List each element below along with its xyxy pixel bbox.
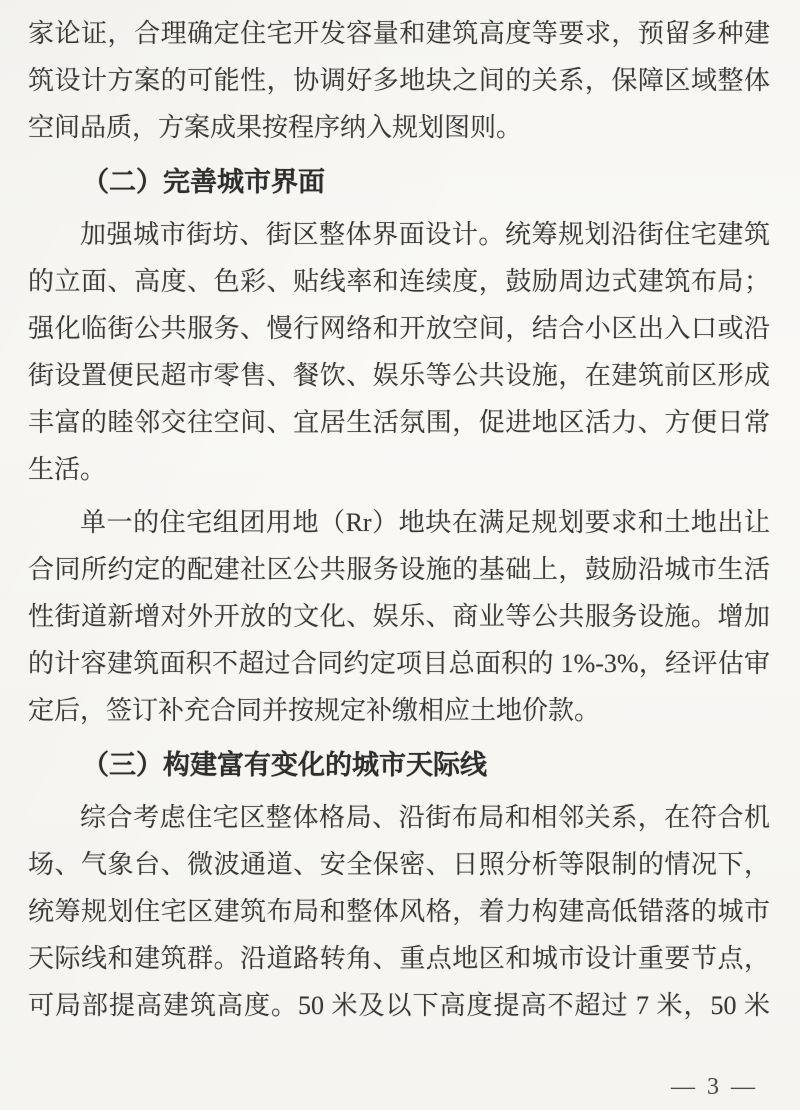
text-line: 可局部提高建筑高度。50 米及以下高度提高不超过 7 米，50 米 bbox=[28, 982, 770, 1029]
section-heading-ii: （二）完善城市界面 bbox=[28, 157, 770, 207]
text-line: 加强城市街坊、街区整体界面设计。统筹规划沿街住宅建筑 bbox=[28, 211, 770, 258]
text-line: 的立面、高度、色彩、贴线率和连续度，鼓励周边式建筑布局； bbox=[28, 258, 770, 305]
text-line: 家论证，合理确定住宅开发容量和建筑高度等要求，预留多种建 bbox=[28, 10, 770, 57]
text-line: 丰富的睦邻交往空间、宜居生活氛围，促进地区活力、方便日常 bbox=[28, 399, 770, 446]
document-page: 家论证，合理确定住宅开发容量和建筑高度等要求，预留多种建 筑设计方案的可能性，协… bbox=[0, 0, 800, 1110]
page-number: — 3 — bbox=[671, 1072, 758, 1102]
paragraph-continuation: 家论证，合理确定住宅开发容量和建筑高度等要求，预留多种建 筑设计方案的可能性，协… bbox=[28, 10, 770, 151]
text-line: 强化临街公共服务、慢行网络和开放空间，结合小区出入口或沿 bbox=[28, 305, 770, 352]
paragraph-skyline: 综合考虑住宅区整体格局、沿街布局和相邻关系，在符合机 场、气象台、微波通道、安全… bbox=[28, 794, 770, 1029]
document-body: 家论证，合理确定住宅开发容量和建筑高度等要求，预留多种建 筑设计方案的可能性，协… bbox=[28, 10, 770, 1029]
paragraph-street-interface: 加强城市街坊、街区整体界面设计。统筹规划沿街住宅建筑 的立面、高度、色彩、贴线率… bbox=[28, 211, 770, 493]
text-line: 的计容建筑面积不超过合同约定项目总面积的 1%-3%，经评估审 bbox=[28, 640, 770, 687]
text-line: 天际线和建筑群。沿道路转角、重点地区和城市设计重要节点， bbox=[28, 935, 770, 982]
text-line: 空间品质，方案成果按程序纳入规划图则。 bbox=[28, 104, 770, 151]
text-line: 合同所约定的配建社区公共服务设施的基础上，鼓励沿城市生活 bbox=[28, 546, 770, 593]
paragraph-rr-plots: 单一的住宅组团用地（Rr）地块在满足规划要求和土地出让 合同所约定的配建社区公共… bbox=[28, 499, 770, 734]
text-line: 生活。 bbox=[28, 446, 770, 493]
text-line: 筑设计方案的可能性，协调好多地块之间的关系，保障区域整体 bbox=[28, 57, 770, 104]
text-line: 单一的住宅组团用地（Rr）地块在满足规划要求和土地出让 bbox=[28, 499, 770, 546]
text-line: 定后，签订补充合同并按规定补缴相应土地价款。 bbox=[28, 687, 770, 734]
section-heading-iii: （三）构建富有变化的城市天际线 bbox=[28, 740, 770, 790]
text-line: 性街道新增对外开放的文化、娱乐、商业等公共服务设施。增加 bbox=[28, 593, 770, 640]
text-line: 统筹规划住宅区建筑布局和整体风格，着力构建高低错落的城市 bbox=[28, 888, 770, 935]
text-line: 街设置便民超市零售、餐饮、娱乐等公共设施，在建筑前区形成 bbox=[28, 352, 770, 399]
text-line: 场、气象台、微波通道、安全保密、日照分析等限制的情况下， bbox=[28, 841, 770, 888]
text-line: 综合考虑住宅区整体格局、沿街布局和相邻关系，在符合机 bbox=[28, 794, 770, 841]
